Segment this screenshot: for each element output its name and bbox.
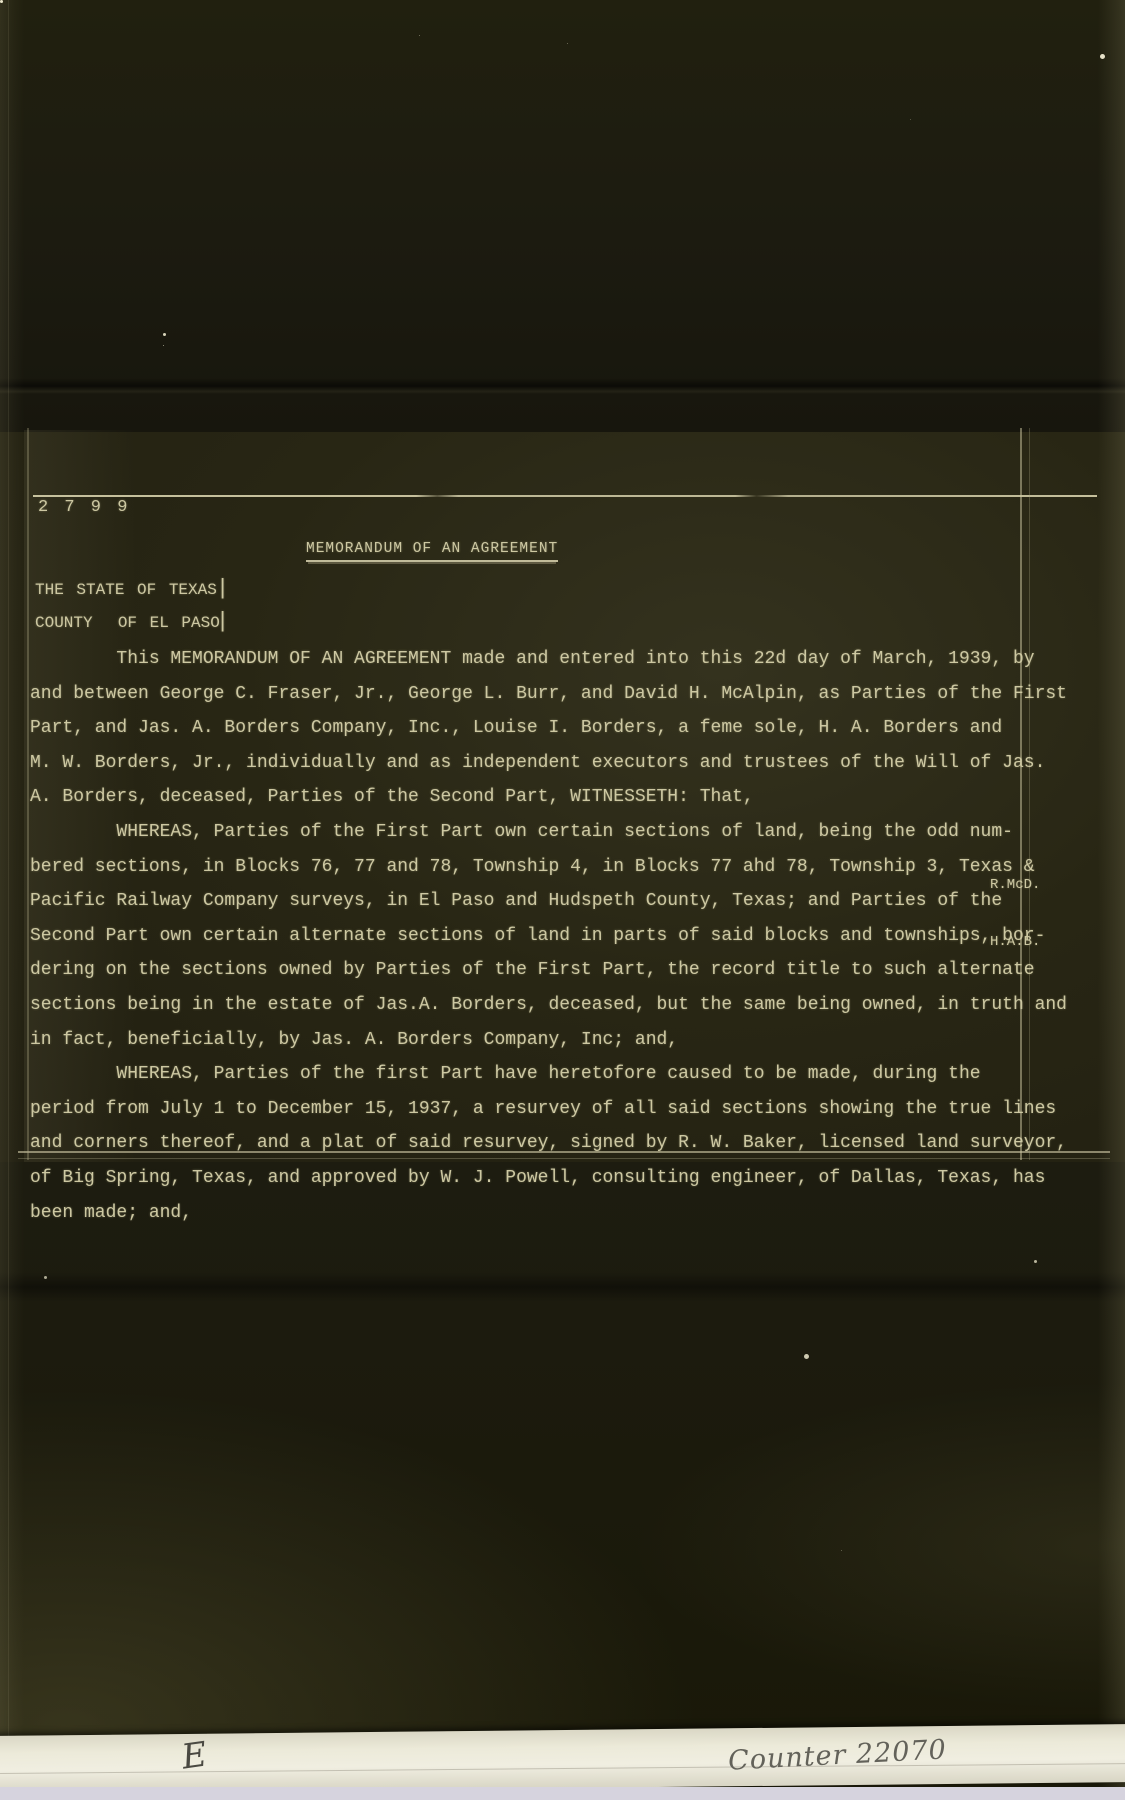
- scan-mat-background: [0, 1787, 1125, 1800]
- document-line: and corners thereof, and a plat of said …: [30, 1126, 1100, 1161]
- document-line: bered sections, in Blocks 76, 77 and 78,…: [30, 850, 1100, 885]
- jurat-county-line: COUNTY OF EL PASO: [35, 614, 220, 632]
- right-scan-edge: [1098, 0, 1125, 1800]
- document-line: Part, and Jas. A. Borders Company, Inc.,…: [30, 711, 1100, 746]
- page-bottom-panel: [0, 1162, 1125, 1800]
- horizontal-rule-top: [33, 495, 1097, 497]
- document-line: period from July 1 to December 15, 1937,…: [30, 1092, 1100, 1127]
- document-line: sections being in the estate of Jas.A. B…: [30, 988, 1100, 1023]
- document-line: A. Borders, deceased, Parties of the Sec…: [30, 780, 1100, 815]
- jurat-state-line: THE STATE OF TEXAS: [35, 581, 217, 599]
- margin-initials: R.McD. H.A.B.: [990, 838, 1040, 990]
- document-title: MEMORANDUM OF AN AGREEMENT: [306, 541, 558, 562]
- left-margin-rule: [27, 428, 29, 1160]
- document-line: in fact, beneficially, by Jas. A. Border…: [30, 1023, 1100, 1058]
- document-line: dering on the sections owned by Parties …: [30, 953, 1100, 988]
- document-line: WHEREAS, Parties of the first Part have …: [30, 1057, 1100, 1092]
- fold-crease-lower: [0, 1272, 1125, 1302]
- photostat-document-page: 2 7 9 9 MEMORANDUM OF AN AGREEMENT THE S…: [0, 0, 1125, 1800]
- jurat-brace-top: |: [216, 576, 229, 601]
- document-line: of Big Spring, Texas, and approved by W.…: [30, 1161, 1100, 1196]
- document-line: WHEREAS, Parties of the First Part own c…: [30, 815, 1100, 850]
- fold-crease-upper: [0, 378, 1125, 394]
- page-number: 2 7 9 9: [38, 498, 130, 517]
- document-line: been made; and,: [30, 1196, 1100, 1231]
- document-line: Pacific Railway Company surveys, in El P…: [30, 884, 1100, 919]
- document-line: Second Part own certain alternate sectio…: [30, 919, 1100, 954]
- jurat-brace-bottom: |: [216, 609, 229, 634]
- margin-initials-line1: R.McD.: [990, 876, 1040, 895]
- dust-specks: [0, 0, 3, 3]
- document-body: This MEMORANDUM OF AN AGREEMENT made and…: [30, 642, 1100, 1230]
- document-line: This MEMORANDUM OF AN AGREEMENT made and…: [30, 642, 1100, 677]
- left-edge-scratch: [8, 0, 9, 1800]
- paper-edge-strip: [0, 1724, 1125, 1794]
- document-line: M. W. Borders, Jr., individually and as …: [30, 746, 1100, 781]
- document-line: and between George C. Fraser, Jr., Georg…: [30, 677, 1100, 712]
- margin-initials-line2: H.A.B.: [990, 933, 1040, 952]
- handwritten-letter: E: [179, 1734, 209, 1777]
- page-top-panel: [0, 0, 1125, 432]
- left-scan-edge: [0, 0, 24, 1800]
